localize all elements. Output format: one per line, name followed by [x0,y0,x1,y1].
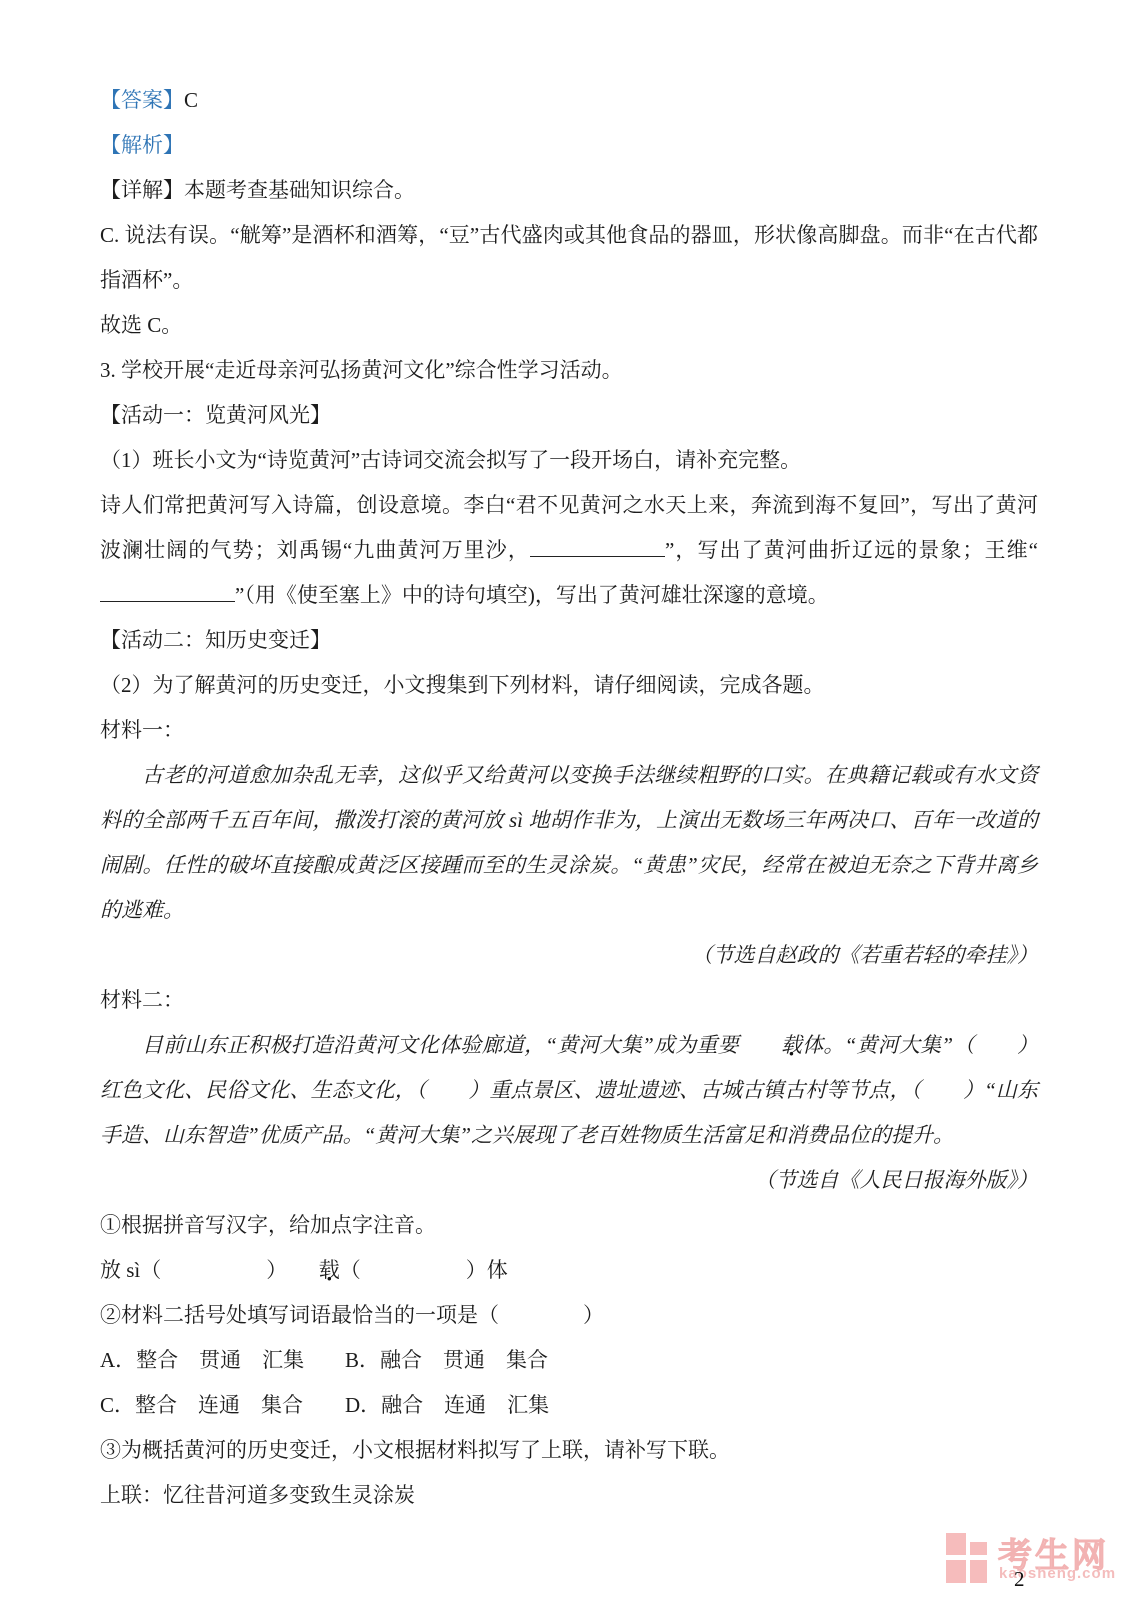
material-1-text: 古老的河道愈加杂乱无幸，这似乎又给黄河以变换手法继续粗野的口实。在典籍记载或有水… [100,753,1038,933]
material-1-source: （节选自赵政的《若重若轻的牵挂》） [100,933,1038,978]
opening-seg3: ”（用《使至塞上》中的诗句填空)，写出了黄河雄壮深邃的意境。 [235,583,829,607]
emphasized-zai-char-2: 载 [319,1248,340,1293]
detail-line: 【详解】本题考查基础知识综合。 [100,168,1038,213]
page-number: 2 [1014,1567,1025,1592]
options-row-2: C．整合 连通 集合D．融合 连通 汇集 [100,1383,1038,1428]
option-d: D．融合 连通 汇集 [345,1393,549,1417]
answer-line: 【答案】C [100,78,1038,123]
pinyin-blank-b: （ ）体 [340,1258,508,1282]
analysis-line: 【解析】 [100,123,1038,168]
task-1-text: （1）班长小文为“诗览黄河”古诗词交流会拟写了一段开场白，请补充完整。 [100,438,1038,483]
logo-block [970,1542,987,1555]
option-c-explanation: C. 说法有误。“觥筹”是酒杯和酒筹，“豆”古代盛肉或其他食品的器皿，形状像高脚… [100,213,1038,303]
task-2-text: （2）为了解黄河的历史变迁，小文搜集到下列材料，请仔细阅读，完成各题。 [100,663,1038,708]
subquestion-3-label: ③为概括黄河的历史变迁，小文根据材料拟写了上联，请补写下联。 [100,1428,1038,1473]
answer-label: 【答案】 [100,88,184,112]
material-1-label: 材料一： [100,708,1038,753]
emphasized-zai-char: 载 [739,1023,802,1068]
option-b: B．融合 贯通 集合 [345,1348,548,1372]
options-row-1: A．整合 贯通 汇集B．融合 贯通 集合 [100,1338,1038,1383]
activity-1-title: 【活动一：览黄河风光】 [100,393,1038,438]
kaosheng-watermark: 考生网 kaosheng.com [946,1532,1116,1584]
pinyin-blank-a: 放 sì（ ） [100,1258,319,1282]
logo-block [946,1560,966,1583]
subquestion-2-label: ②材料二括号处填写词语最恰当的一项是（ ） [100,1293,1038,1338]
activity-2-title: 【活动二：知历史变迁】 [100,618,1038,663]
logo-block [970,1560,987,1583]
material-2-text: 目前山东正积极打造沿黄河文化体验廊道，“黄河大集”成为重要载体。“黄河大集”（ … [100,1023,1038,1158]
subquestion-1-label: ①根据拼音写汉字，给加点字注音。 [100,1203,1038,1248]
material-2-source: （节选自《人民日报海外版》） [100,1158,1038,1203]
kaosheng-logo-icon [946,1533,992,1583]
material-2-label: 材料二： [100,978,1038,1023]
material-2-seg1: 目前山东正积极打造沿黄河文化体验廊道，“黄河大集”成为重要 [142,1033,739,1057]
analysis-label: 【解析】 [100,133,184,157]
pinyin-answer-line: 放 sì（ ） 载（ ）体 [100,1248,1038,1293]
couplet-first-line: 上联：忆往昔河道多变致生灵涂炭 [100,1473,1038,1518]
conclusion-line: 故选 C。 [100,303,1038,348]
question-3-stem: 3. 学校开展“走近母亲河弘扬黄河文化”综合性学习活动。 [100,348,1038,393]
answer-value: C [184,88,198,112]
fill-blank-underline-1 [530,535,665,557]
fill-blank-underline-2 [100,580,235,602]
opening-speech-paragraph: 诗人们常把黄河写入诗篇，创设意境。李白“君不见黄河之水天上来，奔流到海不复回”，… [100,483,1038,618]
option-a: A．整合 贯通 汇集 [100,1338,345,1383]
logo-block [946,1533,966,1555]
option-c: C．整合 连通 集合 [100,1383,345,1428]
exam-answer-document: 【答案】C 【解析】 【详解】本题考查基础知识综合。 C. 说法有误。“觥筹”是… [100,78,1038,1518]
opening-seg2: ”，写出了黄河曲折辽远的景象；王维“ [665,538,1038,562]
